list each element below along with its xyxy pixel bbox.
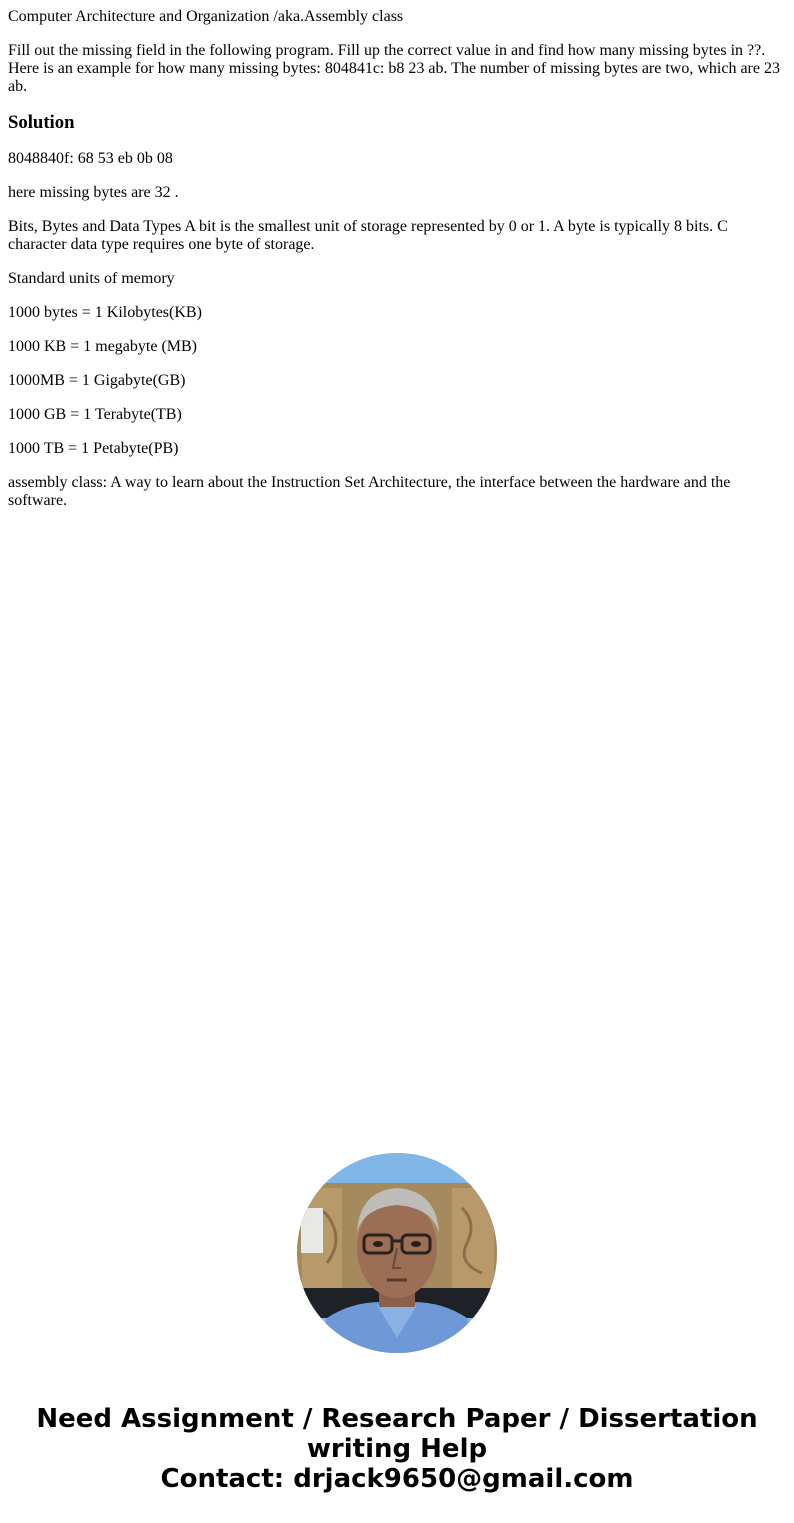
document-title: Computer Architecture and Organization /… [8, 8, 786, 26]
memory-unit-pb: 1000 TB = 1 Petabyte(PB) [8, 440, 786, 458]
assembly-class-definition: assembly class: A way to learn about the… [8, 474, 786, 510]
portrait-photo-icon [297, 1153, 497, 1353]
document-body: Computer Architecture and Organization /… [0, 0, 794, 510]
question-text: Fill out the missing field in the follow… [8, 42, 786, 96]
solution-heading: Solution [8, 112, 786, 134]
author-avatar [297, 1153, 497, 1353]
promo-banner: Need Assignment / Research Paper / Disse… [0, 1404, 794, 1494]
answer-bytes: 8048840f: 68 53 eb 0b 08 [8, 150, 786, 168]
memory-units-heading: Standard units of memory [8, 270, 786, 288]
memory-unit-kb: 1000 bytes = 1 Kilobytes(KB) [8, 304, 786, 322]
memory-unit-mb: 1000 KB = 1 megabyte (MB) [8, 338, 786, 356]
promo-contact-email: Contact: drjack9650@gmail.com [0, 1464, 794, 1494]
promo-line-2: writing Help [0, 1434, 794, 1464]
promo-line-1: Need Assignment / Research Paper / Disse… [0, 1404, 794, 1434]
memory-unit-tb: 1000 GB = 1 Terabyte(TB) [8, 406, 786, 424]
memory-unit-gb: 1000MB = 1 Gigabyte(GB) [8, 372, 786, 390]
answer-explanation: here missing bytes are 32 . [8, 184, 786, 202]
bits-bytes-paragraph: Bits, Bytes and Data Types A bit is the … [8, 218, 786, 254]
